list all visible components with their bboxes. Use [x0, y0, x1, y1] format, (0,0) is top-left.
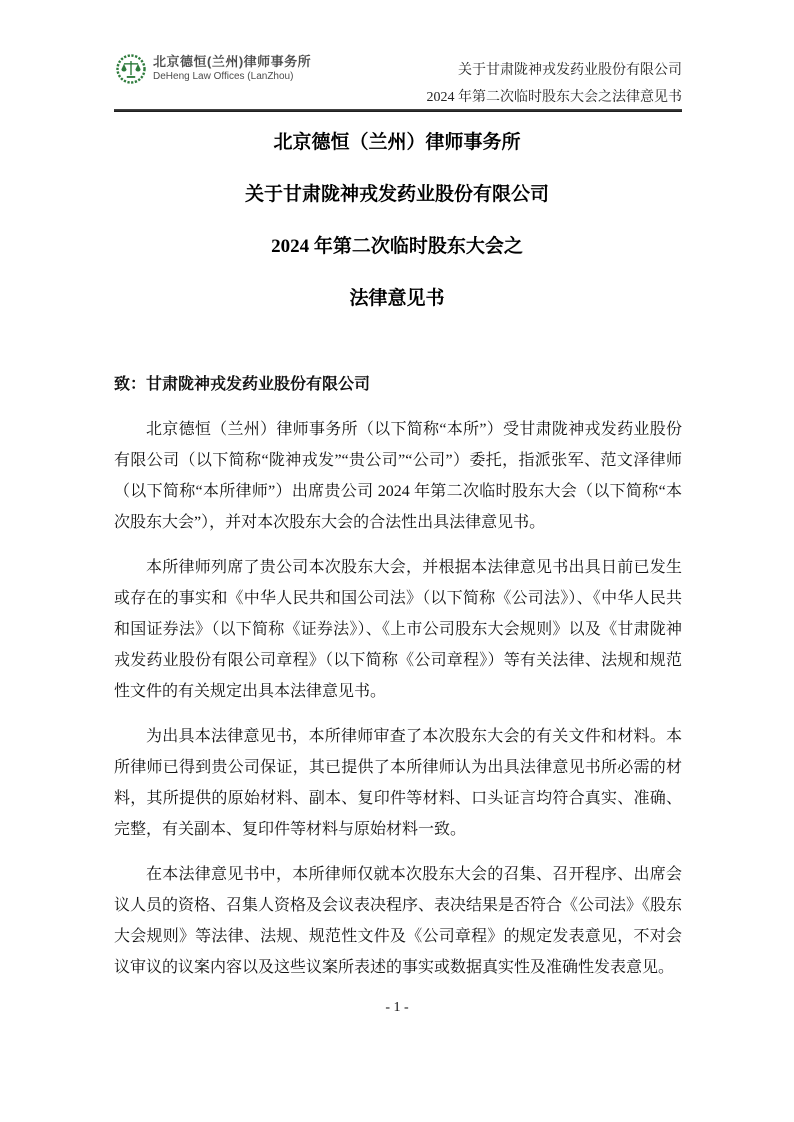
- page-number: - 1 -: [0, 1000, 794, 1016]
- legal-opinion-page: 北京德恒(兰州)律师事务所 DeHeng Law Offices (LanZho…: [0, 0, 794, 1122]
- title-line-1: 北京德恒（兰州）律师事务所: [0, 133, 794, 152]
- letterhead-left: 北京德恒(兰州)律师事务所 DeHeng Law Offices (LanZho…: [116, 54, 311, 84]
- firm-name-chinese: 北京德恒(兰州)律师事务所: [153, 55, 311, 69]
- doc-reference-line1: 关于甘肃陇神戎发药业股份有限公司: [427, 62, 683, 79]
- firm-name-english: DeHeng Law Offices (LanZhou): [153, 71, 311, 83]
- letterhead-right: 关于甘肃陇神戎发药业股份有限公司 2024 年第二次临时股东大会之法律意见书: [427, 62, 683, 106]
- body-paragraph-3: 为出具本法律意见书，本所律师审查了本次股东大会的有关文件和材料。本所律师已得到贵…: [114, 721, 682, 845]
- title-line-4: 法律意见书: [0, 289, 794, 308]
- doc-reference-line2: 2024 年第二次临时股东大会之法律意见书: [427, 89, 683, 106]
- body-paragraph-2: 本所律师列席了贵公司本次股东大会，并根据本法律意见书出具日前已发生或存在的事实和…: [114, 552, 682, 707]
- firm-names: 北京德恒(兰州)律师事务所 DeHeng Law Offices (LanZho…: [153, 54, 311, 83]
- title-line-2: 关于甘肃陇神戎发药业股份有限公司: [0, 185, 794, 204]
- salutation-line: 致：甘肃陇神戎发药业股份有限公司: [114, 369, 682, 400]
- document-body: 致：甘肃陇神戎发药业股份有限公司 北京德恒（兰州）律师事务所（以下简称“本所”）…: [114, 369, 682, 997]
- header-divider: [114, 109, 682, 112]
- body-paragraph-1: 北京德恒（兰州）律师事务所（以下简称“本所”）受甘肃陇神戎发药业股份有限公司（以…: [114, 414, 682, 538]
- scales-of-justice-icon: [116, 54, 146, 84]
- title-line-3: 2024 年第二次临时股东大会之: [0, 237, 794, 256]
- document-title: 北京德恒（兰州）律师事务所 关于甘肃陇神戎发药业股份有限公司 2024 年第二次…: [0, 133, 794, 341]
- body-paragraph-4: 在本法律意见书中，本所律师仅就本次股东大会的召集、召开程序、出席会议人员的资格、…: [114, 859, 682, 983]
